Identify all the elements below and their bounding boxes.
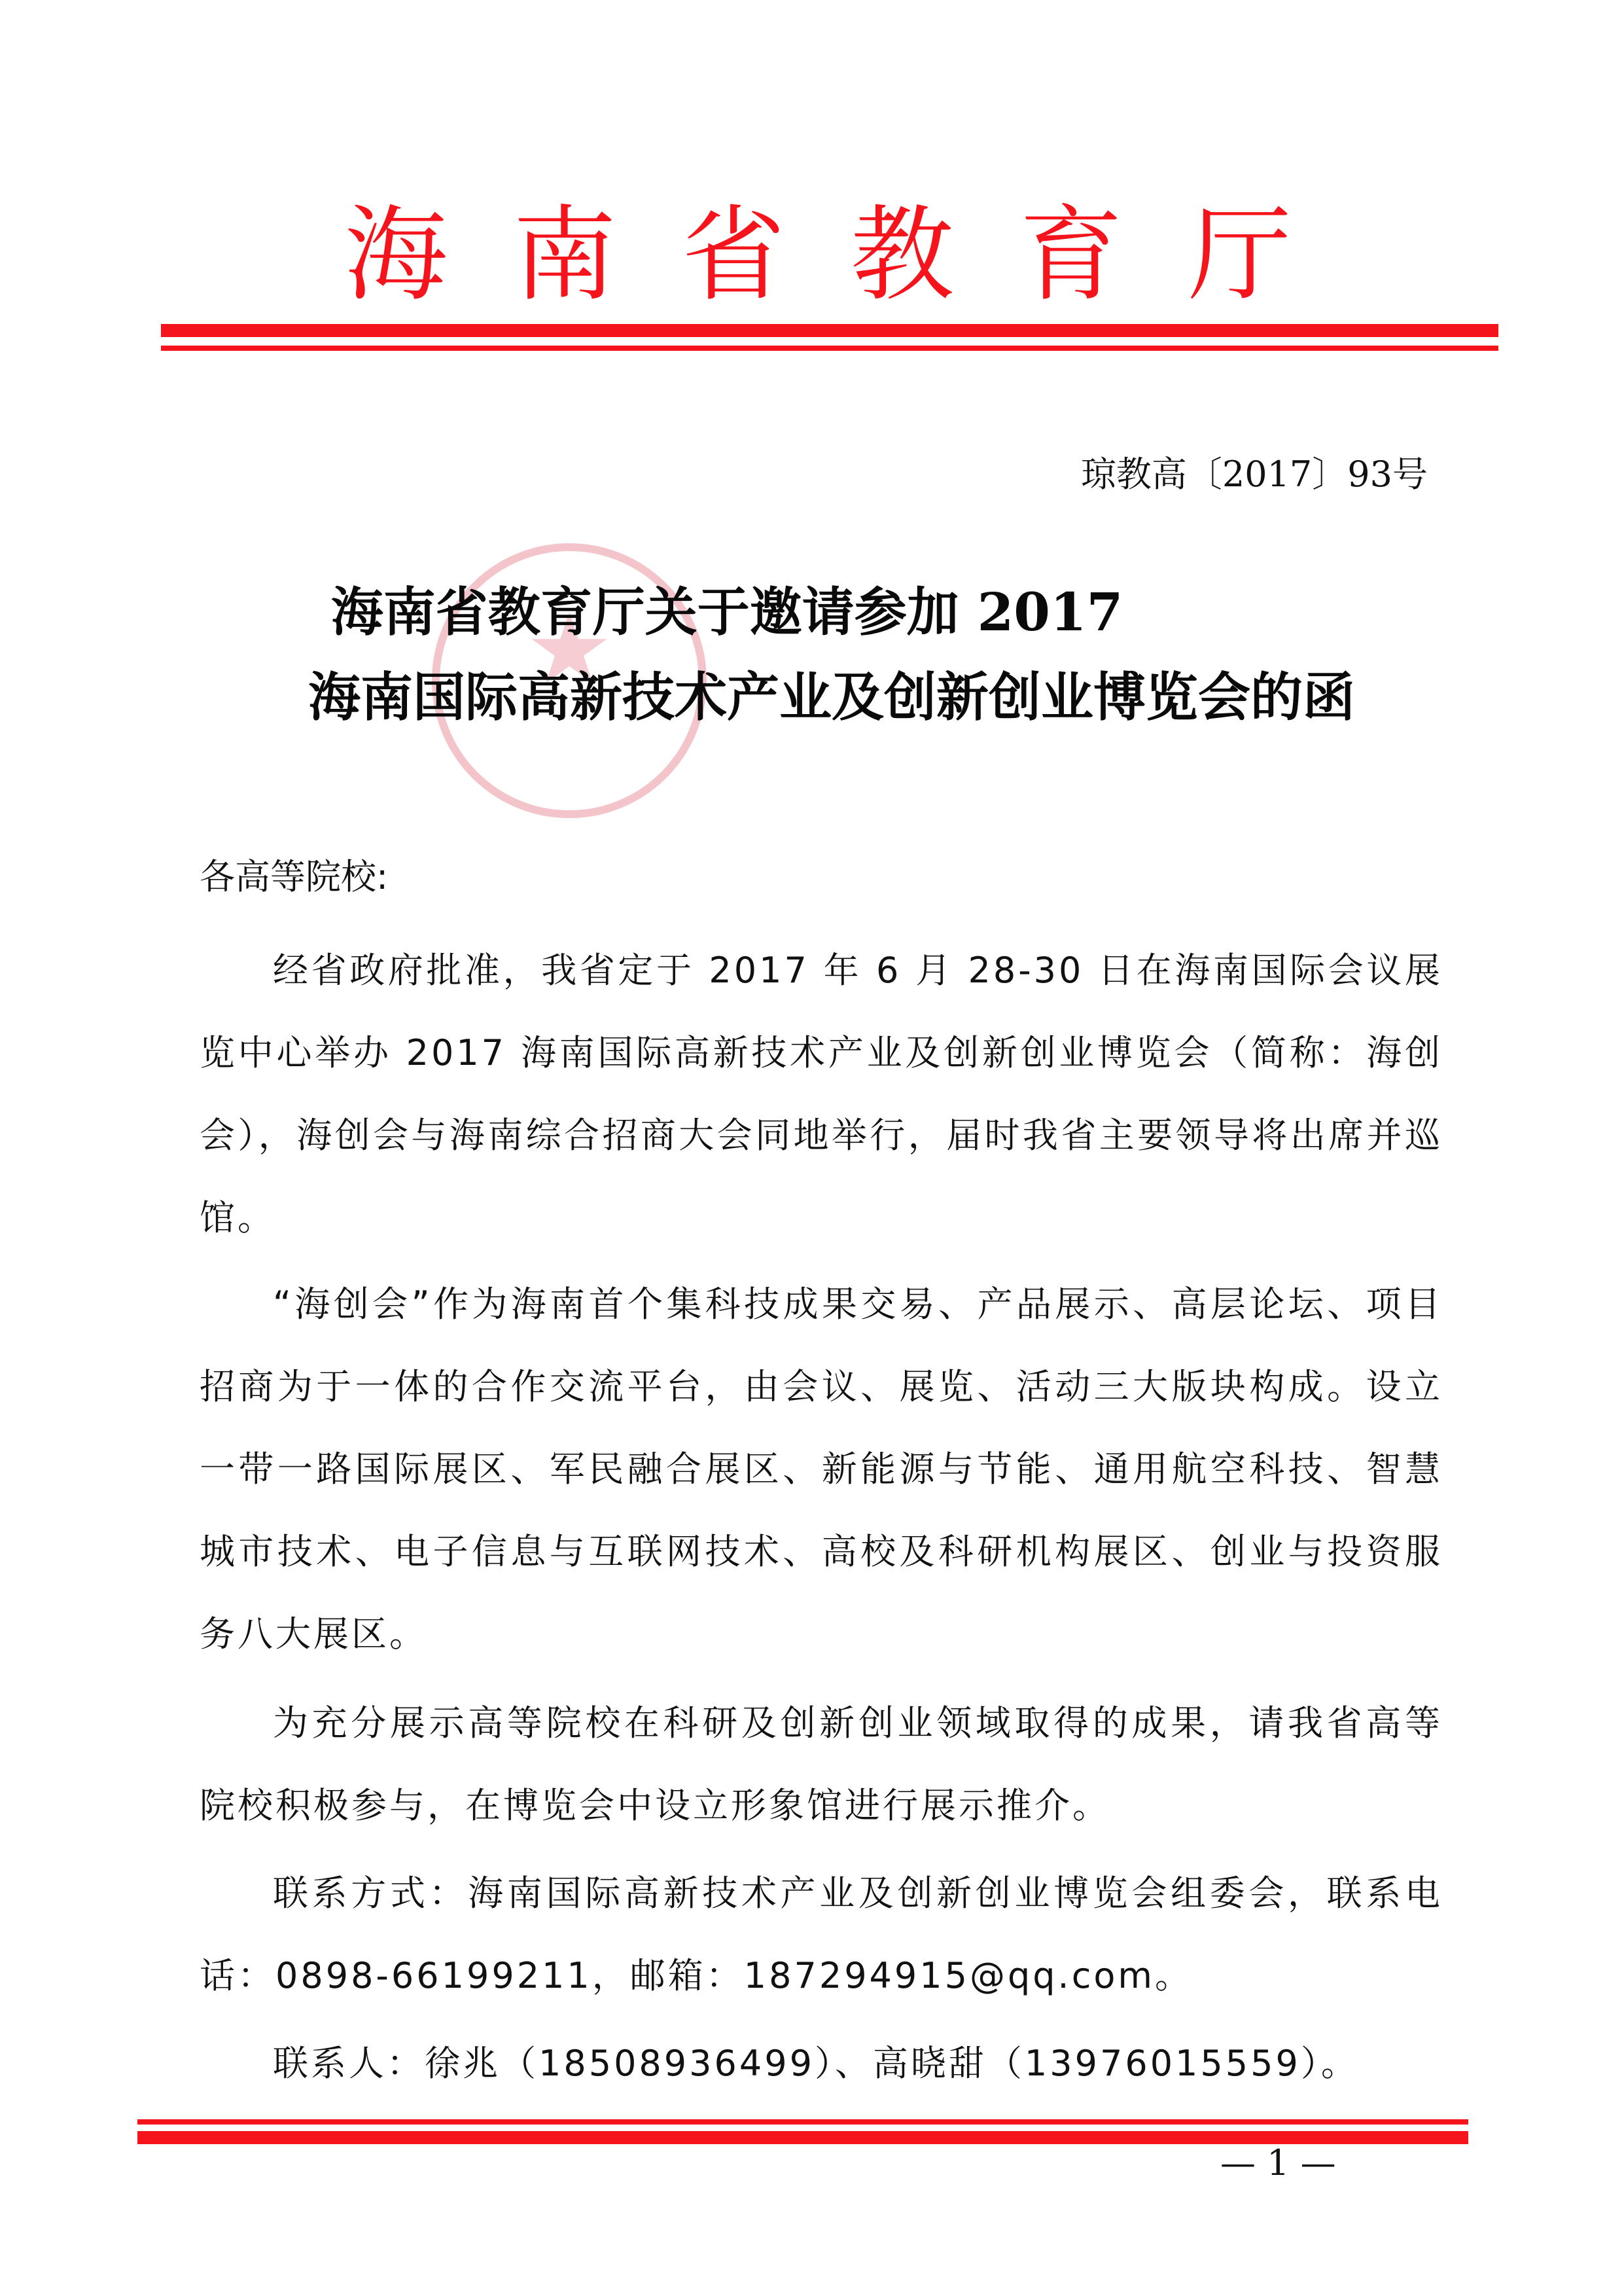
paragraph-invitation: 为充分展示高等院校在科研及创新创业领域取得的成果，请我省高等院校积极参与，在博览… (200, 1682, 1443, 1847)
masthead-rule-thin (161, 346, 1498, 351)
masthead-rule-thick (161, 324, 1498, 337)
document-number: 琼教高〔2017〕93号 (1081, 448, 1428, 501)
salutation: 各高等院校: (200, 851, 388, 903)
page-number: — 1 — (1220, 2140, 1336, 2186)
title-line-2: 海南国际高新技术产业及创新创业博览会的函 (0, 655, 1624, 740)
footer-rule-thin (137, 2119, 1468, 2125)
paragraph-contact-info: 联系方式：海南国际高新技术产业及创新创业博览会组委会，联系电话：0898-661… (200, 1852, 1443, 2017)
paragraph-event-announcement: 经省政府批准，我省定于 2017 年 6 月 28-30 日在海南国际会议展览中… (200, 929, 1443, 1259)
paragraph-contact-persons: 联系人：徐兆（18508936499）、高晓甜（13976015559）。 (200, 2022, 1443, 2105)
title-line-1: 海南省教育厅关于邀请参加 2017 (0, 569, 1624, 655)
document-page: 海南省教育厅 琼教高〔2017〕93号 ★ 海南省教育厅关于邀请参加 2017 … (0, 0, 1624, 2296)
document-title: 海南省教育厅关于邀请参加 2017 海南国际高新技术产业及创新创业博览会的函 (0, 569, 1624, 740)
issuer-name: 海南省教育厅 (344, 196, 1357, 314)
paragraph-event-description: “海创会”作为海南首个集科技成果交易、产品展示、高层论坛、项目招商为于一体的合作… (200, 1263, 1443, 1676)
masthead: 海南省教育厅 (161, 196, 1498, 314)
